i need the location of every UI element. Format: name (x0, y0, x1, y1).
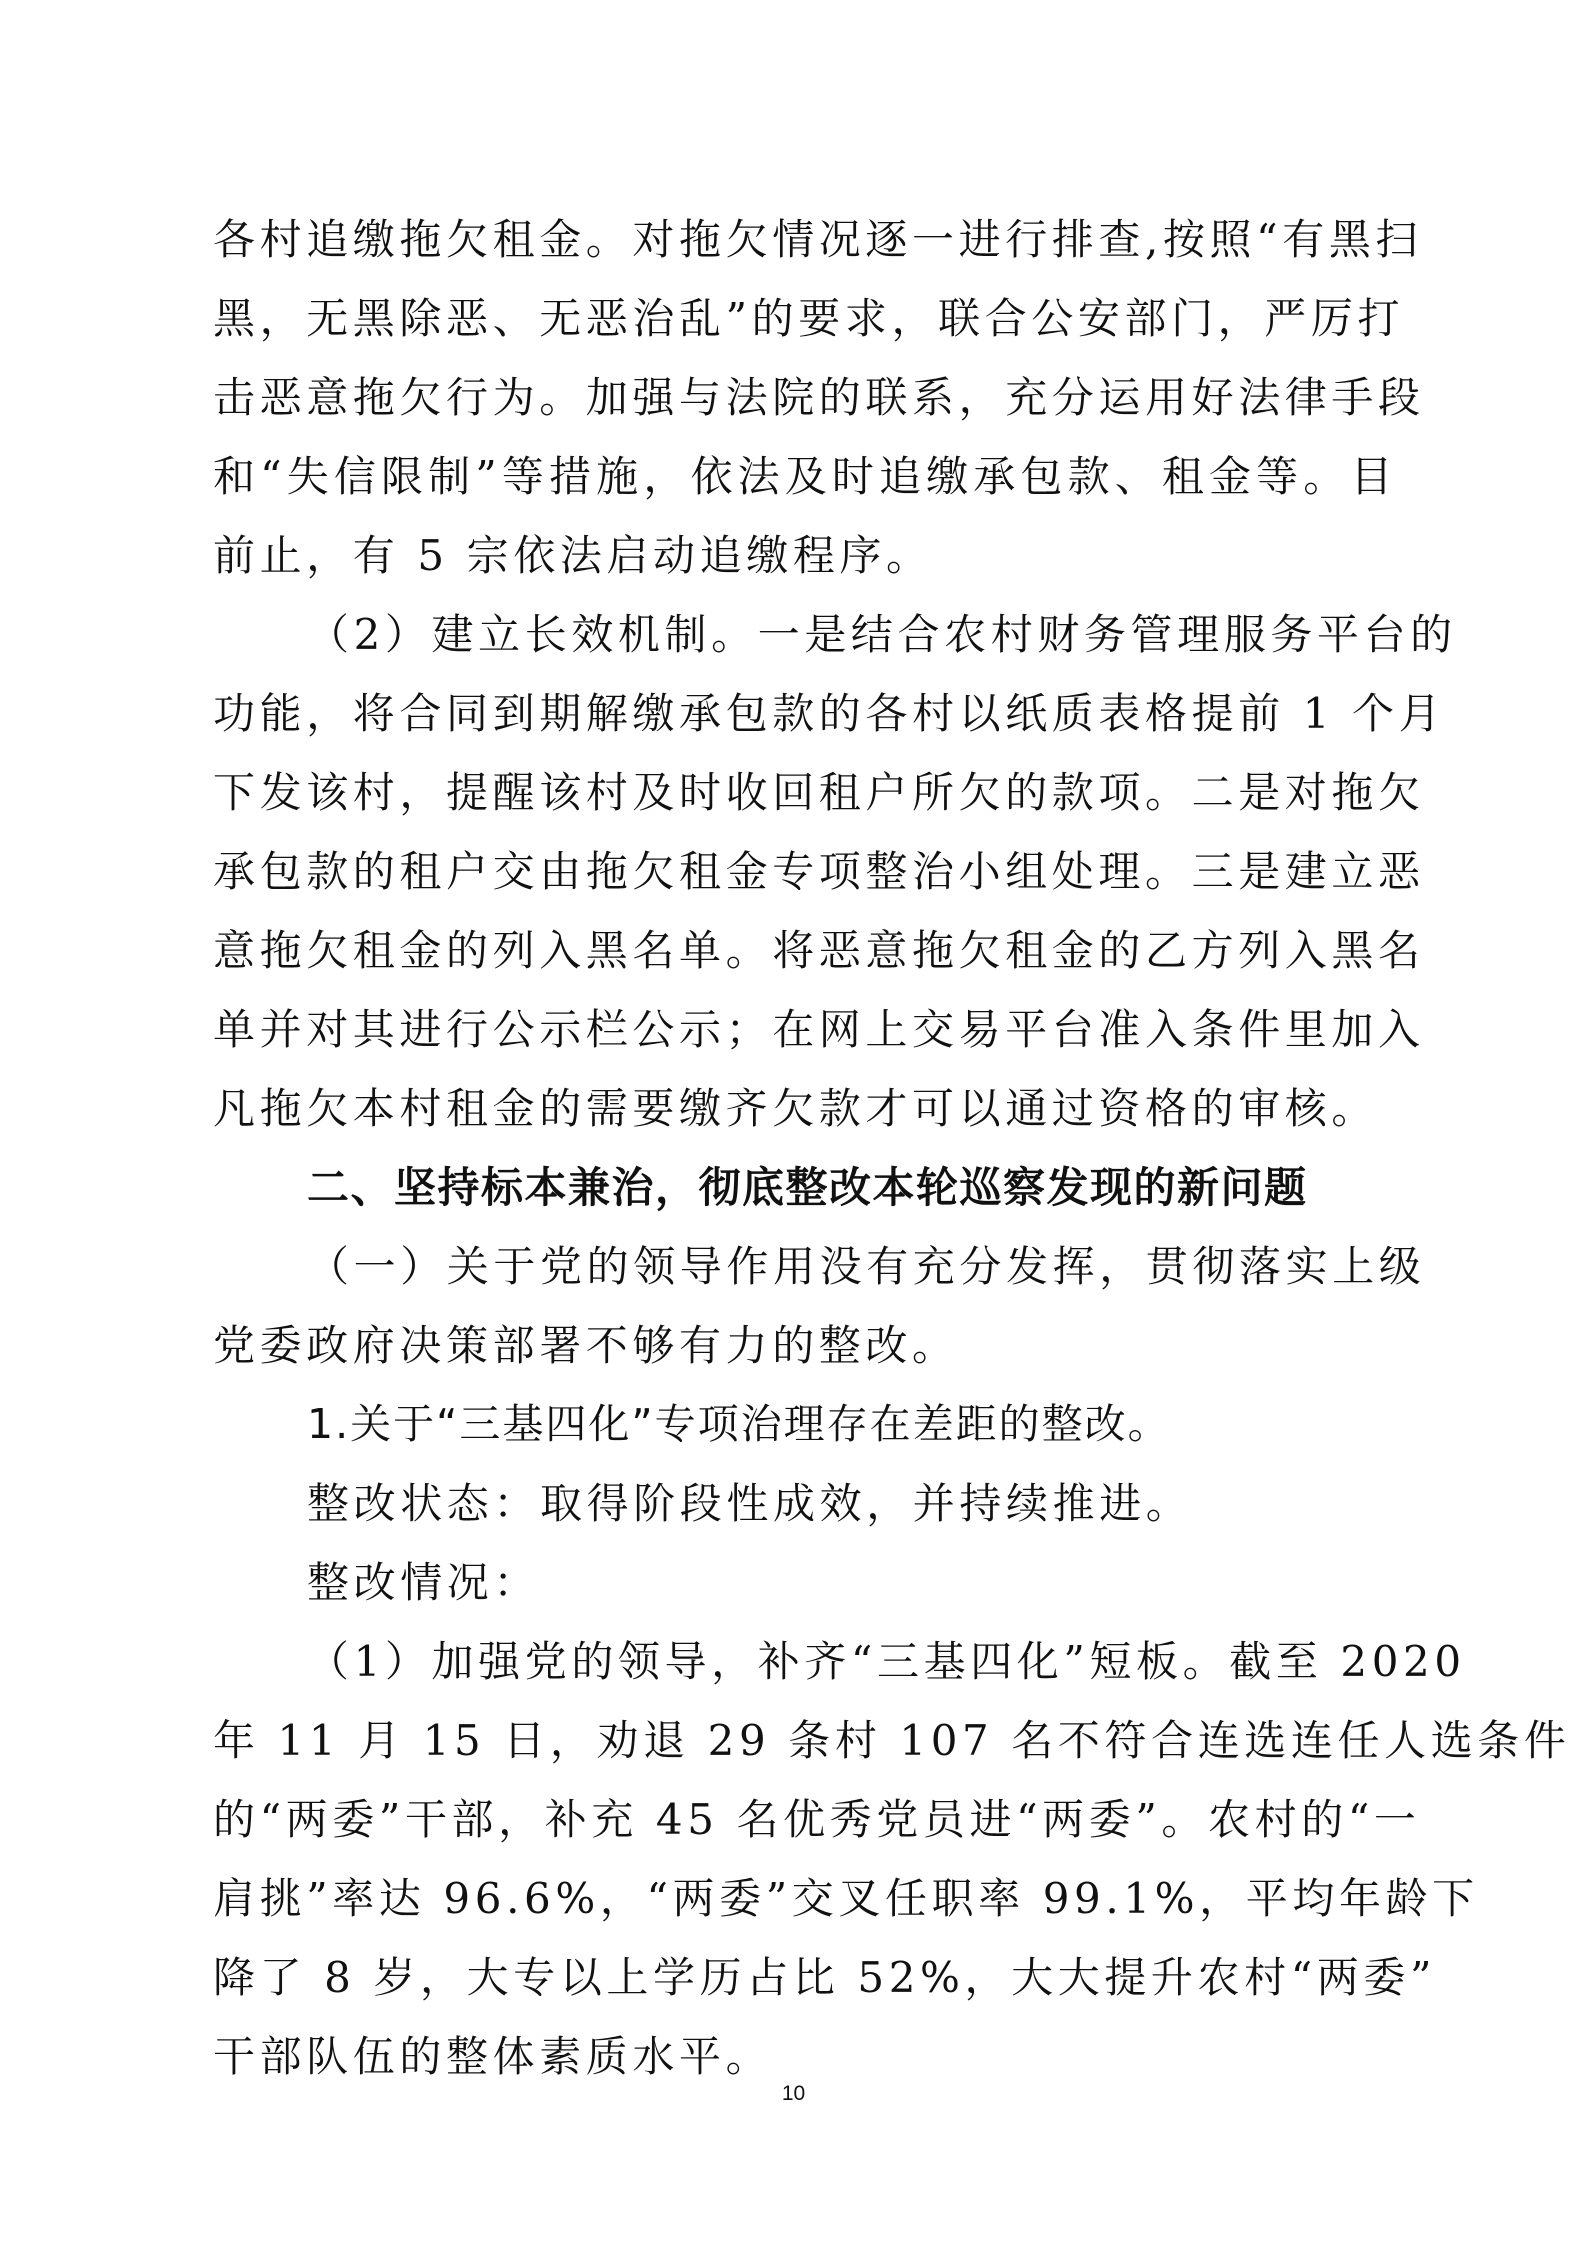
text-line: 单并对其进行公示栏公示；在网上交易平台准入条件里加入 (213, 990, 1397, 1069)
item-heading: 1.关于“三基四化”专项治理存在差距的整改。 (213, 1385, 1397, 1464)
text-line: 年 11 月 15 日，劝退 29 条村 107 名不符合连选连任人选条件 (213, 1701, 1397, 1780)
text-line: 各村追缴拖欠租金。对拖欠情况逐一进行排查,按照“有黑扫 (213, 200, 1397, 279)
rectification-situation-label: 整改情况： (213, 1543, 1397, 1622)
text-line: 意拖欠租金的列入黑名单。将恶意拖欠租金的乙方列入黑名 (213, 911, 1397, 990)
text-line: 和“失信限制”等措施，依法及时追缴承包款、租金等。目 (213, 437, 1397, 516)
text-line: （1）加强党的领导，补齐“三基四化”短板。截至 2020 (213, 1622, 1397, 1701)
text-line: 下发该村，提醒该村及时收回租户所欠的款项。二是对拖欠 (213, 753, 1397, 832)
rectification-status: 整改状态：取得阶段性成效，并持续推进。 (213, 1464, 1397, 1543)
text-line: 的“两委”干部，补充 45 名优秀党员进“两委”。农村的“一 (213, 1780, 1397, 1859)
text-line: （2）建立长效机制。一是结合农村财务管理服务平台的 (213, 595, 1397, 674)
text-line: 降了 8 岁，大专以上学历占比 52%，大大提升农村“两委” (213, 1938, 1397, 2017)
document-page: 各村追缴拖欠租金。对拖欠情况逐一进行排查,按照“有黑扫 黑，无黑除恶、无恶治乱”… (0, 0, 1587, 2245)
subsection-heading-line: 党委政府决策部署不够有力的整改。 (213, 1306, 1397, 1385)
text-line: 击恶意拖欠行为。加强与法院的联系，充分运用好法律手段 (213, 358, 1397, 437)
text-line: 功能，将合同到期解缴承包款的各村以纸质表格提前 1 个月 (213, 674, 1397, 753)
text-line: 凡拖欠本村租金的需要缴齐欠款才可以通过资格的审核。 (213, 1069, 1397, 1148)
subsection-heading-line: （一）关于党的领导作用没有充分发挥，贯彻落实上级 (213, 1227, 1397, 1306)
text-line: 前止，有 5 宗依法启动追缴程序。 (213, 516, 1397, 595)
section-heading: 二、坚持标本兼治，彻底整改本轮巡察发现的新问题 (213, 1148, 1397, 1227)
document-body: 各村追缴拖欠租金。对拖欠情况逐一进行排查,按照“有黑扫 黑，无黑除恶、无恶治乱”… (213, 200, 1397, 2096)
text-line: 承包款的租户交由拖欠租金专项整治小组处理。三是建立恶 (213, 832, 1397, 911)
page-number: 10 (0, 2082, 1587, 2106)
text-line: 肩挑”率达 96.6%，“两委”交叉任职率 99.1%，平均年龄下 (213, 1859, 1397, 1938)
text-line: 黑，无黑除恶、无恶治乱”的要求，联合公安部门，严厉打 (213, 279, 1397, 358)
